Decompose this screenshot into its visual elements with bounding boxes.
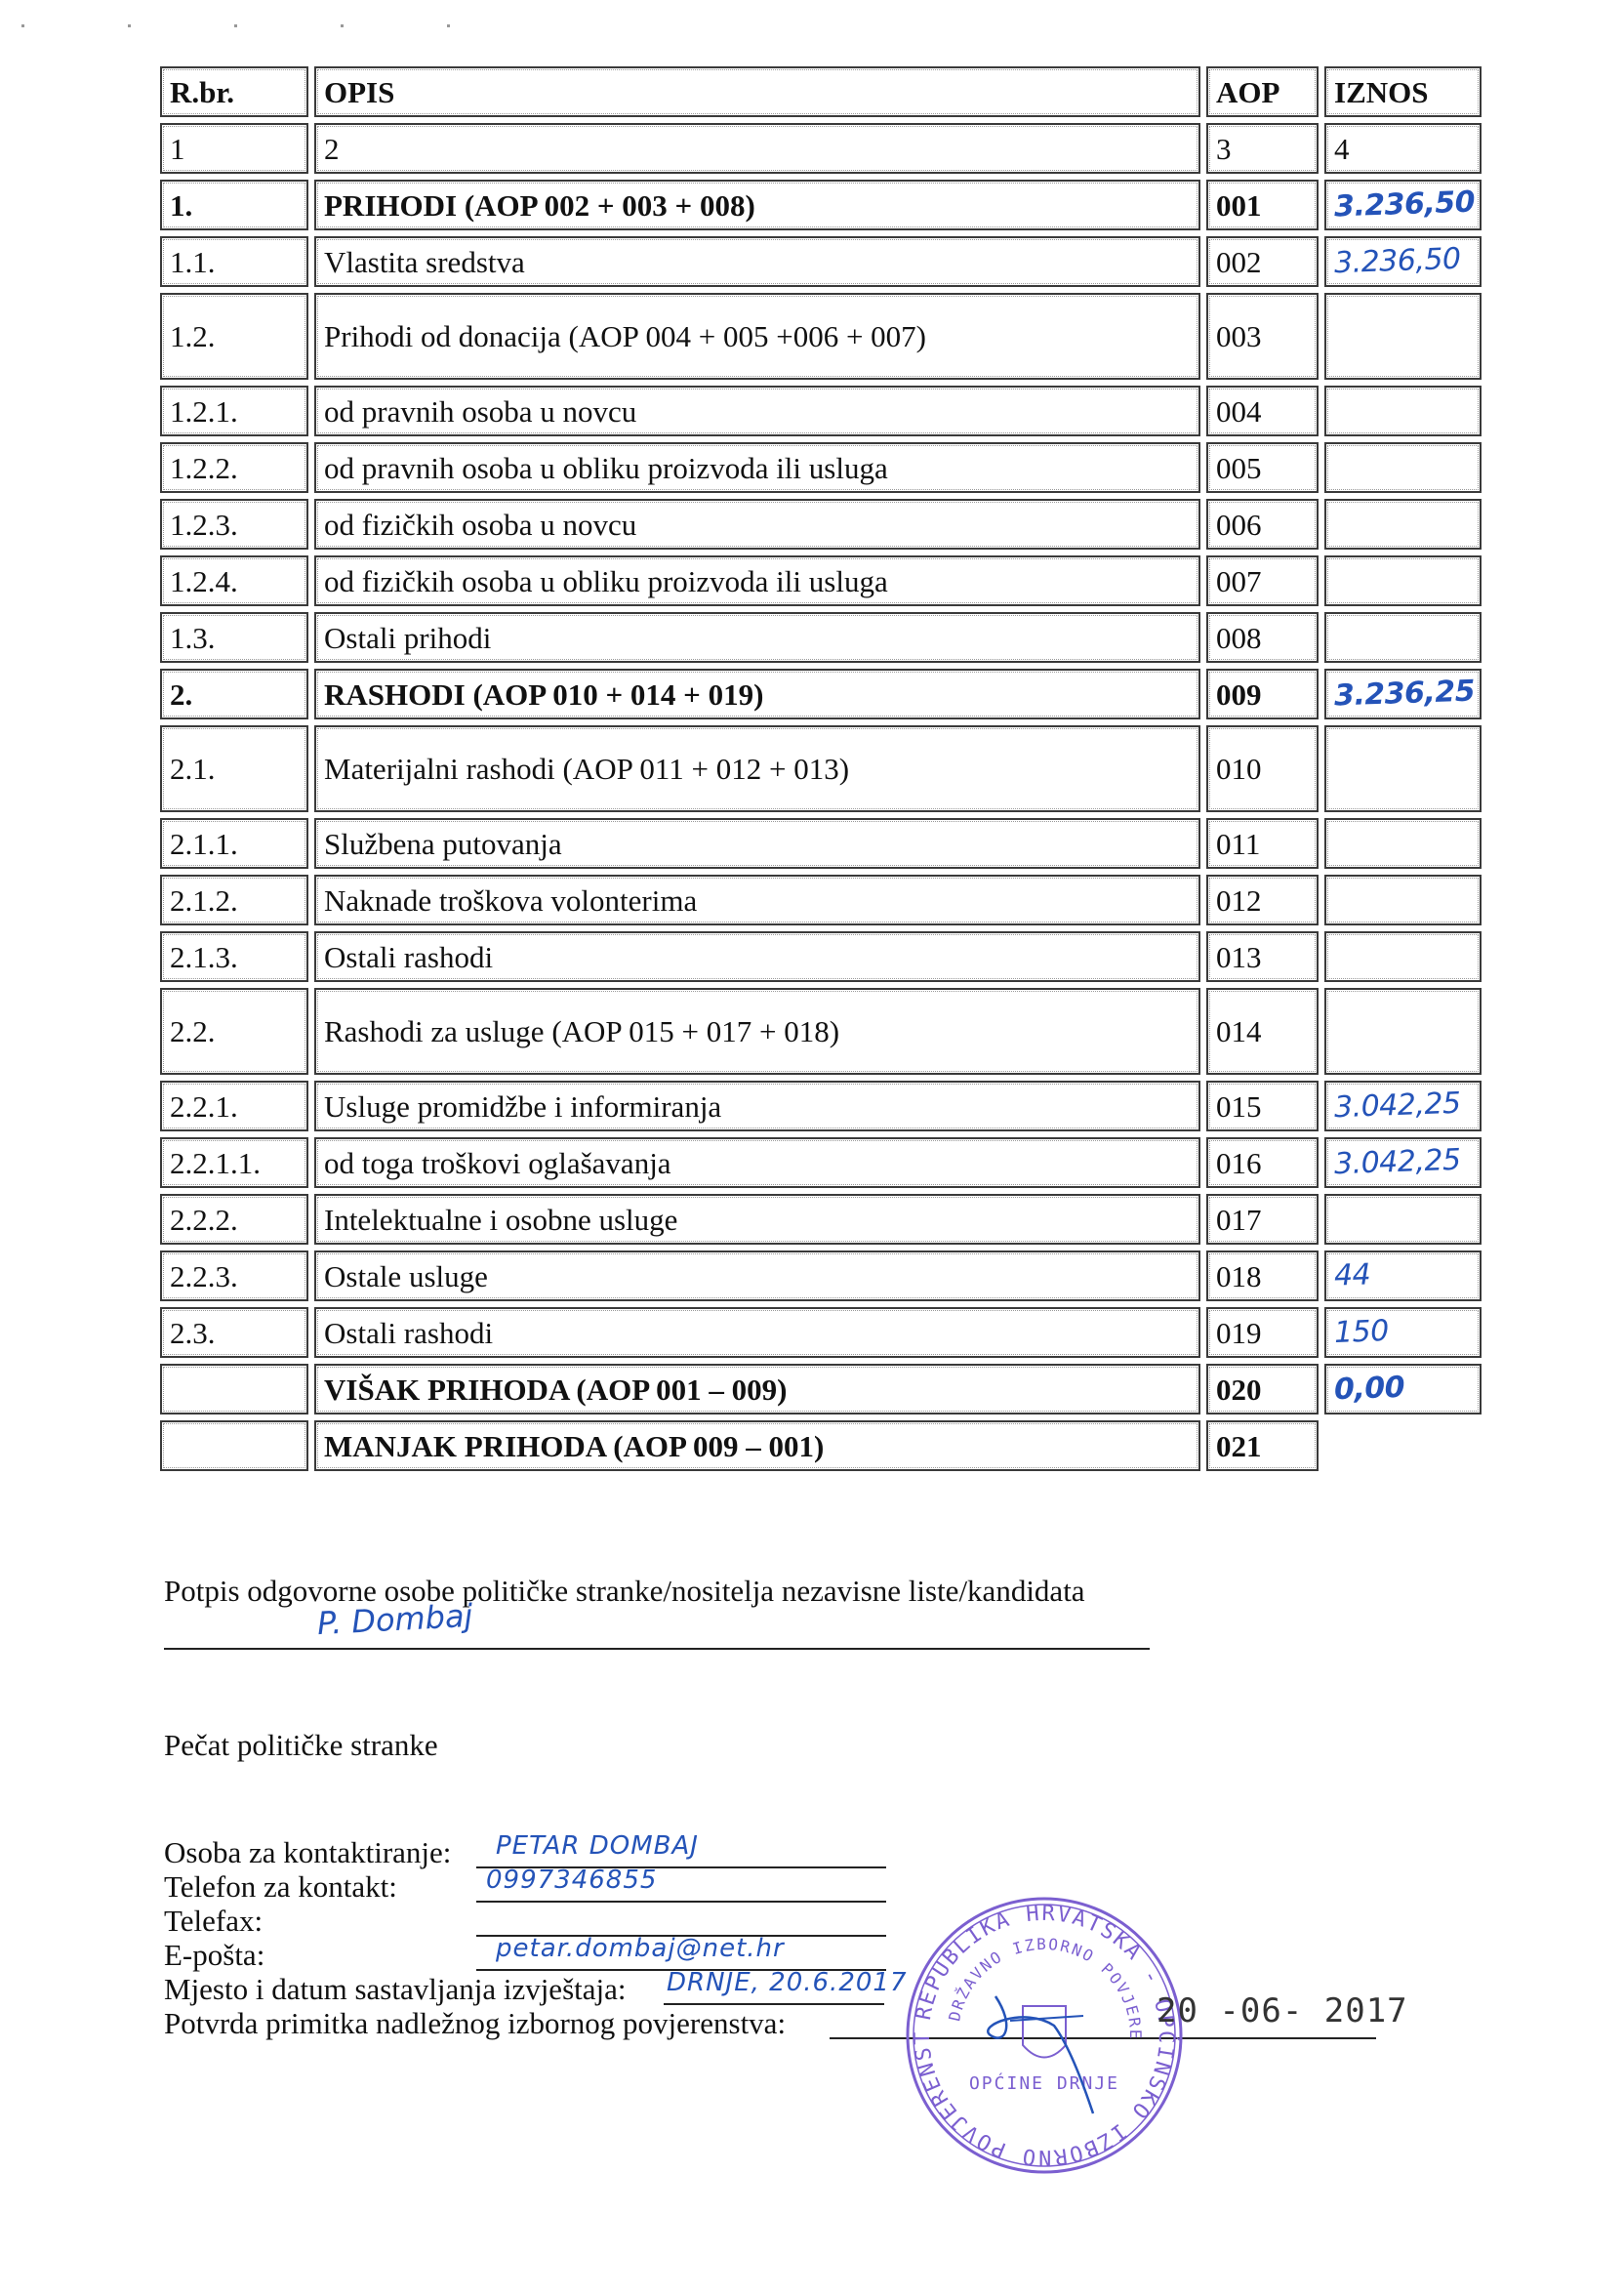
table-row: 1.2.1.od pravnih osoba u novcu004 — [160, 386, 1482, 436]
row-rbr: 1.2.4. — [160, 555, 308, 606]
table-row: 1.2.3.od fizičkih osoba u novcu006 — [160, 499, 1482, 550]
row-iznos-field[interactable] — [1324, 612, 1482, 663]
row-iznos-field[interactable] — [1324, 442, 1482, 493]
row-aop: 014 — [1206, 988, 1319, 1075]
row-aop: 007 — [1206, 555, 1319, 606]
scan-speck — [341, 24, 344, 27]
row-aop: 020 — [1206, 1364, 1319, 1414]
signature-handwritten: P. Dombaj — [316, 1597, 473, 1642]
table-row: 2.2.3.Ostale usluge01844 — [160, 1250, 1482, 1301]
receipt-label: Potvrda primitka nadležnog izbornog povj… — [164, 2006, 786, 2040]
row-iznos-field[interactable] — [1324, 725, 1482, 812]
row-aop: 001 — [1206, 180, 1319, 230]
svg-text:OPĆINE DRNJE: OPĆINE DRNJE — [969, 2072, 1119, 2094]
row-opis: od toga troškovi oglašavanja — [314, 1137, 1200, 1188]
row-iznos-field[interactable] — [1324, 988, 1482, 1075]
row-iznos-field[interactable] — [1324, 931, 1482, 982]
row-aop: 006 — [1206, 499, 1319, 550]
table-row: 2.2.2.Intelektualne i osobne usluge017 — [160, 1194, 1482, 1245]
row-iznos-value: 3.042,25 — [1334, 1146, 1462, 1180]
colnum-iznos: 4 — [1324, 123, 1482, 174]
row-aop: 012 — [1206, 875, 1319, 925]
row-aop: 013 — [1206, 931, 1319, 982]
row-rbr: 1. — [160, 180, 308, 230]
row-opis: Ostali rashodi — [314, 931, 1200, 982]
row-iznos-value: 3.236,50 — [1334, 187, 1476, 222]
row-rbr — [160, 1420, 308, 1471]
row-iznos-field[interactable] — [1324, 386, 1482, 436]
contact-person-value: PETAR DOMBAJ — [496, 1829, 699, 1864]
row-aop: 009 — [1206, 669, 1319, 719]
table-row: 2.1.2.Naknade troškova volonterima012 — [160, 875, 1482, 925]
table-row: 2.1.Materijalni rashodi (AOP 011 + 012 +… — [160, 725, 1482, 812]
row-iznos-field[interactable]: 150 — [1324, 1307, 1482, 1358]
row-opis: Usluge promidžbe i informiranja — [314, 1081, 1200, 1131]
table-row: 2.2.1.1.od toga troškovi oglašavanja0163… — [160, 1137, 1482, 1188]
row-iznos-field[interactable] — [1324, 293, 1482, 380]
header-aop: AOP — [1206, 66, 1319, 117]
table-row: 1.3.Ostali prihodi008 — [160, 612, 1482, 663]
row-iznos-value: 0,00 — [1333, 1373, 1404, 1405]
contact-phone-row: Telefon za kontakt: 0997346855 — [164, 1869, 786, 1904]
row-opis: Ostale usluge — [314, 1250, 1200, 1301]
row-rbr: 2.2.1. — [160, 1081, 308, 1131]
row-opis: Naknade troškova volonterima — [314, 875, 1200, 925]
table-row: 2.1.1.Službena putovanja011 — [160, 818, 1482, 869]
place-date-row: Mjesto i datum sastavljanja izvještaja: … — [164, 1972, 786, 2006]
row-rbr: 1.2.2. — [160, 442, 308, 493]
contact-person-row: Osoba za kontaktiranje: PETAR DOMBAJ — [164, 1835, 786, 1869]
row-rbr — [160, 1364, 308, 1414]
contact-block: Osoba za kontaktiranje: PETAR DOMBAJ Tel… — [164, 1835, 786, 2040]
row-rbr: 1.2. — [160, 293, 308, 380]
row-opis: od fizičkih osoba u novcu — [314, 499, 1200, 550]
row-opis: PRIHODI (AOP 002 + 003 + 008) — [314, 180, 1200, 230]
row-aop: 002 — [1206, 236, 1319, 287]
row-aop: 016 — [1206, 1137, 1319, 1188]
signature-line[interactable] — [164, 1648, 1150, 1650]
contact-email-value: petar.dombaj@net.hr — [496, 1932, 785, 1966]
header-iznos: IZNOS — [1324, 66, 1482, 117]
row-aop: 011 — [1206, 818, 1319, 869]
place-date-value: DRNJE, 20.6.2017 — [667, 1966, 907, 2000]
row-iznos-field[interactable] — [1324, 818, 1482, 869]
header-opis: OPIS — [314, 66, 1200, 117]
scan-speck — [21, 24, 24, 27]
row-rbr: 2.1.3. — [160, 931, 308, 982]
row-aop: 003 — [1206, 293, 1319, 380]
row-rbr: 2.1. — [160, 725, 308, 812]
colnum-opis: 2 — [314, 123, 1200, 174]
party-stamp-label: Pečat političke stranke — [164, 1728, 438, 1763]
row-aop: 010 — [1206, 725, 1319, 812]
row-iznos-field[interactable]: 3.236,50 — [1324, 236, 1482, 287]
row-opis: Ostali prihodi — [314, 612, 1200, 663]
row-rbr: 1.3. — [160, 612, 308, 663]
scan-speck — [447, 24, 450, 27]
header-rbr: R.br. — [160, 66, 308, 117]
row-rbr: 1.2.1. — [160, 386, 308, 436]
contact-phone-field[interactable] — [476, 1901, 886, 1903]
place-date-label: Mjesto i datum sastavljanja izvještaja: — [164, 1972, 627, 2006]
receipt-row: Potvrda primitka nadležnog izbornog povj… — [164, 2006, 786, 2040]
row-iznos-value: 3.236,50 — [1334, 245, 1462, 279]
colnum-rbr: 1 — [160, 123, 308, 174]
svg-text:REPUBLIKA HRVATSKA - OPĆINSKO: REPUBLIKA HRVATSKA - OPĆINSKO IZBORNO PO… — [898, 1889, 1179, 2169]
row-opis: RASHODI (AOP 010 + 014 + 019) — [314, 669, 1200, 719]
row-rbr: 2.1.2. — [160, 875, 308, 925]
row-rbr: 2.2.1.1. — [160, 1137, 308, 1188]
column-number-row: 1 2 3 4 — [160, 123, 1482, 174]
scan-speck — [128, 24, 131, 27]
table-row: 2.RASHODI (AOP 010 + 014 + 019)0093.236,… — [160, 669, 1482, 719]
table-row: VIŠAK PRIHODA (AOP 001 – 009)0200,00 — [160, 1364, 1482, 1414]
row-aop: 017 — [1206, 1194, 1319, 1245]
row-iznos-value: 3.042,25 — [1334, 1089, 1462, 1124]
table-row: 1.2.Prihodi od donacija (AOP 004 + 005 +… — [160, 293, 1482, 380]
row-aop: 005 — [1206, 442, 1319, 493]
row-rbr: 1.2.3. — [160, 499, 308, 550]
row-iznos-field[interactable]: 44 — [1324, 1250, 1482, 1301]
contact-phone-value: 0997346855 — [486, 1864, 657, 1898]
row-opis: od fizičkih osoba u obliku proizvoda ili… — [314, 555, 1200, 606]
contact-phone-label: Telefon za kontakt: — [164, 1869, 397, 1904]
table-row: 1.1.Vlastita sredstva0023.236,50 — [160, 236, 1482, 287]
table-row: 1.2.2.od pravnih osoba u obliku proizvod… — [160, 442, 1482, 493]
row-aop: 019 — [1206, 1307, 1319, 1358]
row-opis: od pravnih osoba u obliku proizvoda ili … — [314, 442, 1200, 493]
row-opis: Prihodi od donacija (AOP 004 + 005 +006 … — [314, 293, 1200, 380]
row-aop: 021 — [1206, 1420, 1319, 1471]
table-row: MANJAK PRIHODA (AOP 009 – 001)021 — [160, 1420, 1482, 1471]
row-aop: 004 — [1206, 386, 1319, 436]
row-aop: 015 — [1206, 1081, 1319, 1131]
table-row: 1.PRIHODI (AOP 002 + 003 + 008)0013.236,… — [160, 180, 1482, 230]
row-iznos-absent — [1324, 1420, 1482, 1471]
table-row: 1.2.4.od fizičkih osoba u obliku proizvo… — [160, 555, 1482, 606]
row-opis: od pravnih osoba u novcu — [314, 386, 1200, 436]
row-rbr: 2.2.3. — [160, 1250, 308, 1301]
contact-person-label: Osoba za kontaktiranje: — [164, 1835, 451, 1869]
row-iznos-field[interactable]: 0,00 — [1324, 1364, 1482, 1414]
row-iznos-field[interactable] — [1324, 555, 1482, 606]
row-opis: Rashodi za usluge (AOP 015 + 017 + 018) — [314, 988, 1200, 1075]
row-opis: Službena putovanja — [314, 818, 1200, 869]
row-rbr: 1.1. — [160, 236, 308, 287]
scan-speck — [234, 24, 237, 27]
table-row: 2.3.Ostali rashodi019150 — [160, 1307, 1482, 1358]
row-iznos-value: 3.236,25 — [1334, 676, 1476, 711]
financial-report-table: R.br. OPIS AOP IZNOS 1 2 3 4 1.PRIHODI (… — [160, 66, 1482, 1477]
signature-label: Potpis odgovorne osobe političke stranke… — [164, 1574, 1085, 1609]
row-opis: Ostali rashodi — [314, 1307, 1200, 1358]
contact-fax-label: Telefax: — [164, 1904, 263, 1938]
row-rbr: 2.1.1. — [160, 818, 308, 869]
row-iznos-field[interactable]: 3.042,25 — [1324, 1081, 1482, 1131]
row-opis: MANJAK PRIHODA (AOP 009 – 001) — [314, 1420, 1200, 1471]
row-iznos-field[interactable] — [1324, 875, 1482, 925]
colnum-aop: 3 — [1206, 123, 1319, 174]
stamp-date: 20 -06- 2017 — [1157, 1991, 1408, 2030]
row-iznos-field[interactable] — [1324, 499, 1482, 550]
row-iznos-value: 44 — [1333, 1260, 1370, 1291]
row-iznos-value: 150 — [1333, 1317, 1389, 1348]
row-iznos-field[interactable]: 3.236,25 — [1324, 669, 1482, 719]
row-aop: 018 — [1206, 1250, 1319, 1301]
row-iznos-field[interactable]: 3.236,50 — [1324, 180, 1482, 230]
row-opis: Materijalni rashodi (AOP 011 + 012 + 013… — [314, 725, 1200, 812]
table-row: 2.2.Rashodi za usluge (AOP 015 + 017 + 0… — [160, 988, 1482, 1075]
table-row: 2.2.1.Usluge promidžbe i informiranja015… — [160, 1081, 1482, 1131]
row-rbr: 2.2. — [160, 988, 308, 1075]
contact-email-label: E-pošta: — [164, 1938, 264, 1972]
row-rbr: 2. — [160, 669, 308, 719]
row-opis: Intelektualne i osobne usluge — [314, 1194, 1200, 1245]
table-header-row: R.br. OPIS AOP IZNOS — [160, 66, 1482, 117]
row-aop: 008 — [1206, 612, 1319, 663]
table-row: 2.1.3.Ostali rashodi013 — [160, 931, 1482, 982]
place-date-field[interactable] — [664, 2003, 884, 2005]
official-stamp-icon: REPUBLIKA HRVATSKA - OPĆINSKO IZBORNO PO… — [898, 1889, 1191, 2182]
row-iznos-field[interactable] — [1324, 1194, 1482, 1245]
row-rbr: 2.2.2. — [160, 1194, 308, 1245]
row-iznos-field[interactable]: 3.042,25 — [1324, 1137, 1482, 1188]
row-rbr: 2.3. — [160, 1307, 308, 1358]
row-opis: VIŠAK PRIHODA (AOP 001 – 009) — [314, 1364, 1200, 1414]
row-opis: Vlastita sredstva — [314, 236, 1200, 287]
